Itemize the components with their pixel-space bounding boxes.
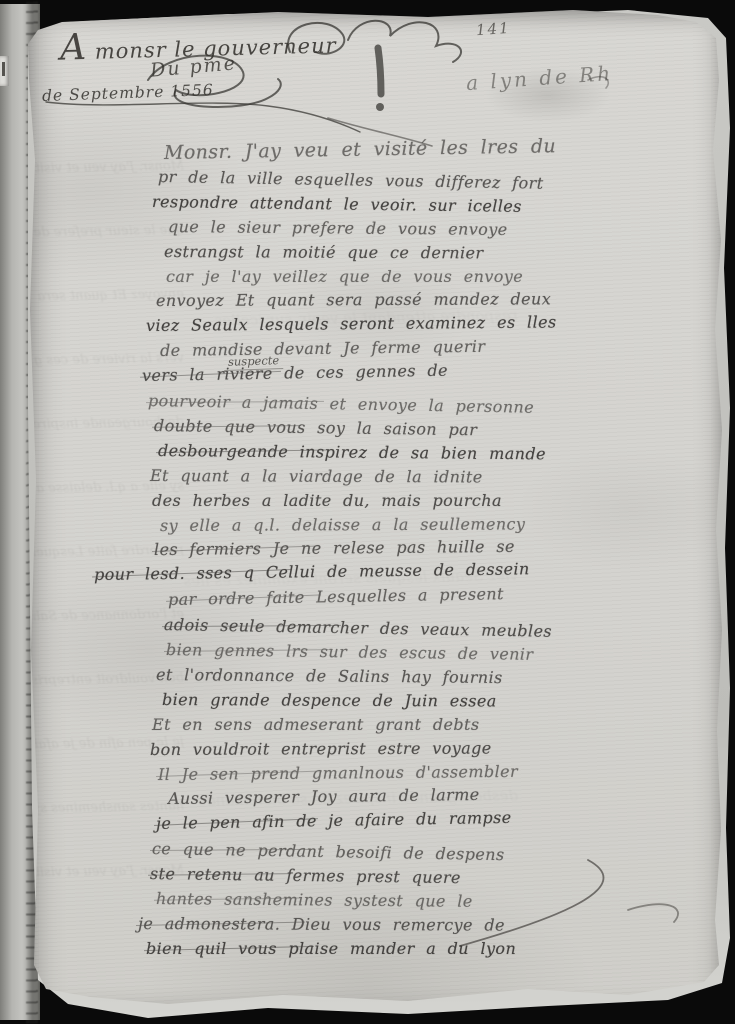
manuscript-line: par ordre faite Lesquelles a present	[168, 584, 504, 609]
manuscript-line: je le pen afin de je afaire du rampse	[156, 808, 512, 833]
manuscript-line: Monsr. J'ay veu et visité les lres du	[164, 135, 556, 164]
manuscript-line: que le sieur prefere de vous envoye	[168, 217, 508, 239]
manuscript-line: ce que ne perdant besoifi de despens	[152, 839, 505, 864]
manuscript-line: pr de la ville esquelles vous differez f…	[158, 167, 544, 193]
manuscript-line: car je l'ay veillez que de vous envoye	[166, 267, 523, 286]
manuscript-line: viez Seaulx lesquels seront examinez es …	[146, 313, 557, 336]
manuscript-line: pourveoir a jamais et envoye la personne	[148, 391, 534, 417]
body-text: Monsr. J'ay veu et visité les lres dupr …	[28, 10, 722, 1016]
manuscript-line: les fermiers Je ne relese pas huille se	[154, 537, 515, 559]
manuscript-photo: Monsr. J'ay veu et visité les lres duque…	[0, 0, 735, 1024]
manuscript-line: estrangst la moitié que ce dernier	[164, 242, 484, 262]
manuscript-line: desbourgeande inspirez de sa bien mande	[158, 441, 546, 463]
manuscript-line: Et en sens admeserant grant debts	[152, 715, 480, 734]
manuscript-line: Aussi vesperer Joy aura de larme	[168, 785, 480, 808]
manuscript-line: et l'ordonnance de Salins hay fournis	[156, 665, 503, 687]
manuscript-page: Monsr. J'ay veu et visité les lres duque…	[28, 10, 722, 1016]
manuscript-line: bien quil vous plaise mander a du lyon	[146, 939, 516, 958]
manuscript-line: bien grande despence de Juin essea	[162, 690, 497, 710]
spine-tab	[0, 56, 9, 86]
manuscript-line: bon vouldroit entreprist estre voyage	[150, 738, 492, 758]
manuscript-line: respondre attendant le veoir. sur icelle…	[152, 192, 522, 216]
manuscript-line: je admonestera. Dieu vous remercye de	[138, 914, 505, 935]
manuscript-line: adois seule demarcher des veaux meubles	[164, 615, 552, 641]
manuscript-line: doubte que vous soy la saison par	[154, 416, 477, 439]
manuscript-line: envoyez Et quant sera passé mandez deux	[156, 290, 551, 311]
manuscript-line: vers la riviere de ces gennes de	[142, 361, 448, 385]
manuscript-line: pour lesd. sses q Cellui de meusse de de…	[94, 560, 530, 585]
manuscript-line: des herbes a ladite du, mais pourcha	[152, 491, 502, 510]
manuscript-line: bien gennes lrs sur des escus de venir	[166, 640, 534, 664]
manuscript-line: ste retenu au fermes prest quere	[150, 864, 461, 887]
manuscript-line: sy elle a q.l. delaisse a la seullemency	[160, 514, 525, 535]
manuscript-line: hantes sanshemines systest que le	[156, 889, 473, 911]
manuscript-line: Et quant a la viardage de la idnite	[150, 466, 483, 486]
manuscript-line: Il Je sen prend gmanlnous d'assembler	[158, 761, 518, 783]
manuscript-line: de mandise devant Je ferme querir	[160, 337, 486, 360]
